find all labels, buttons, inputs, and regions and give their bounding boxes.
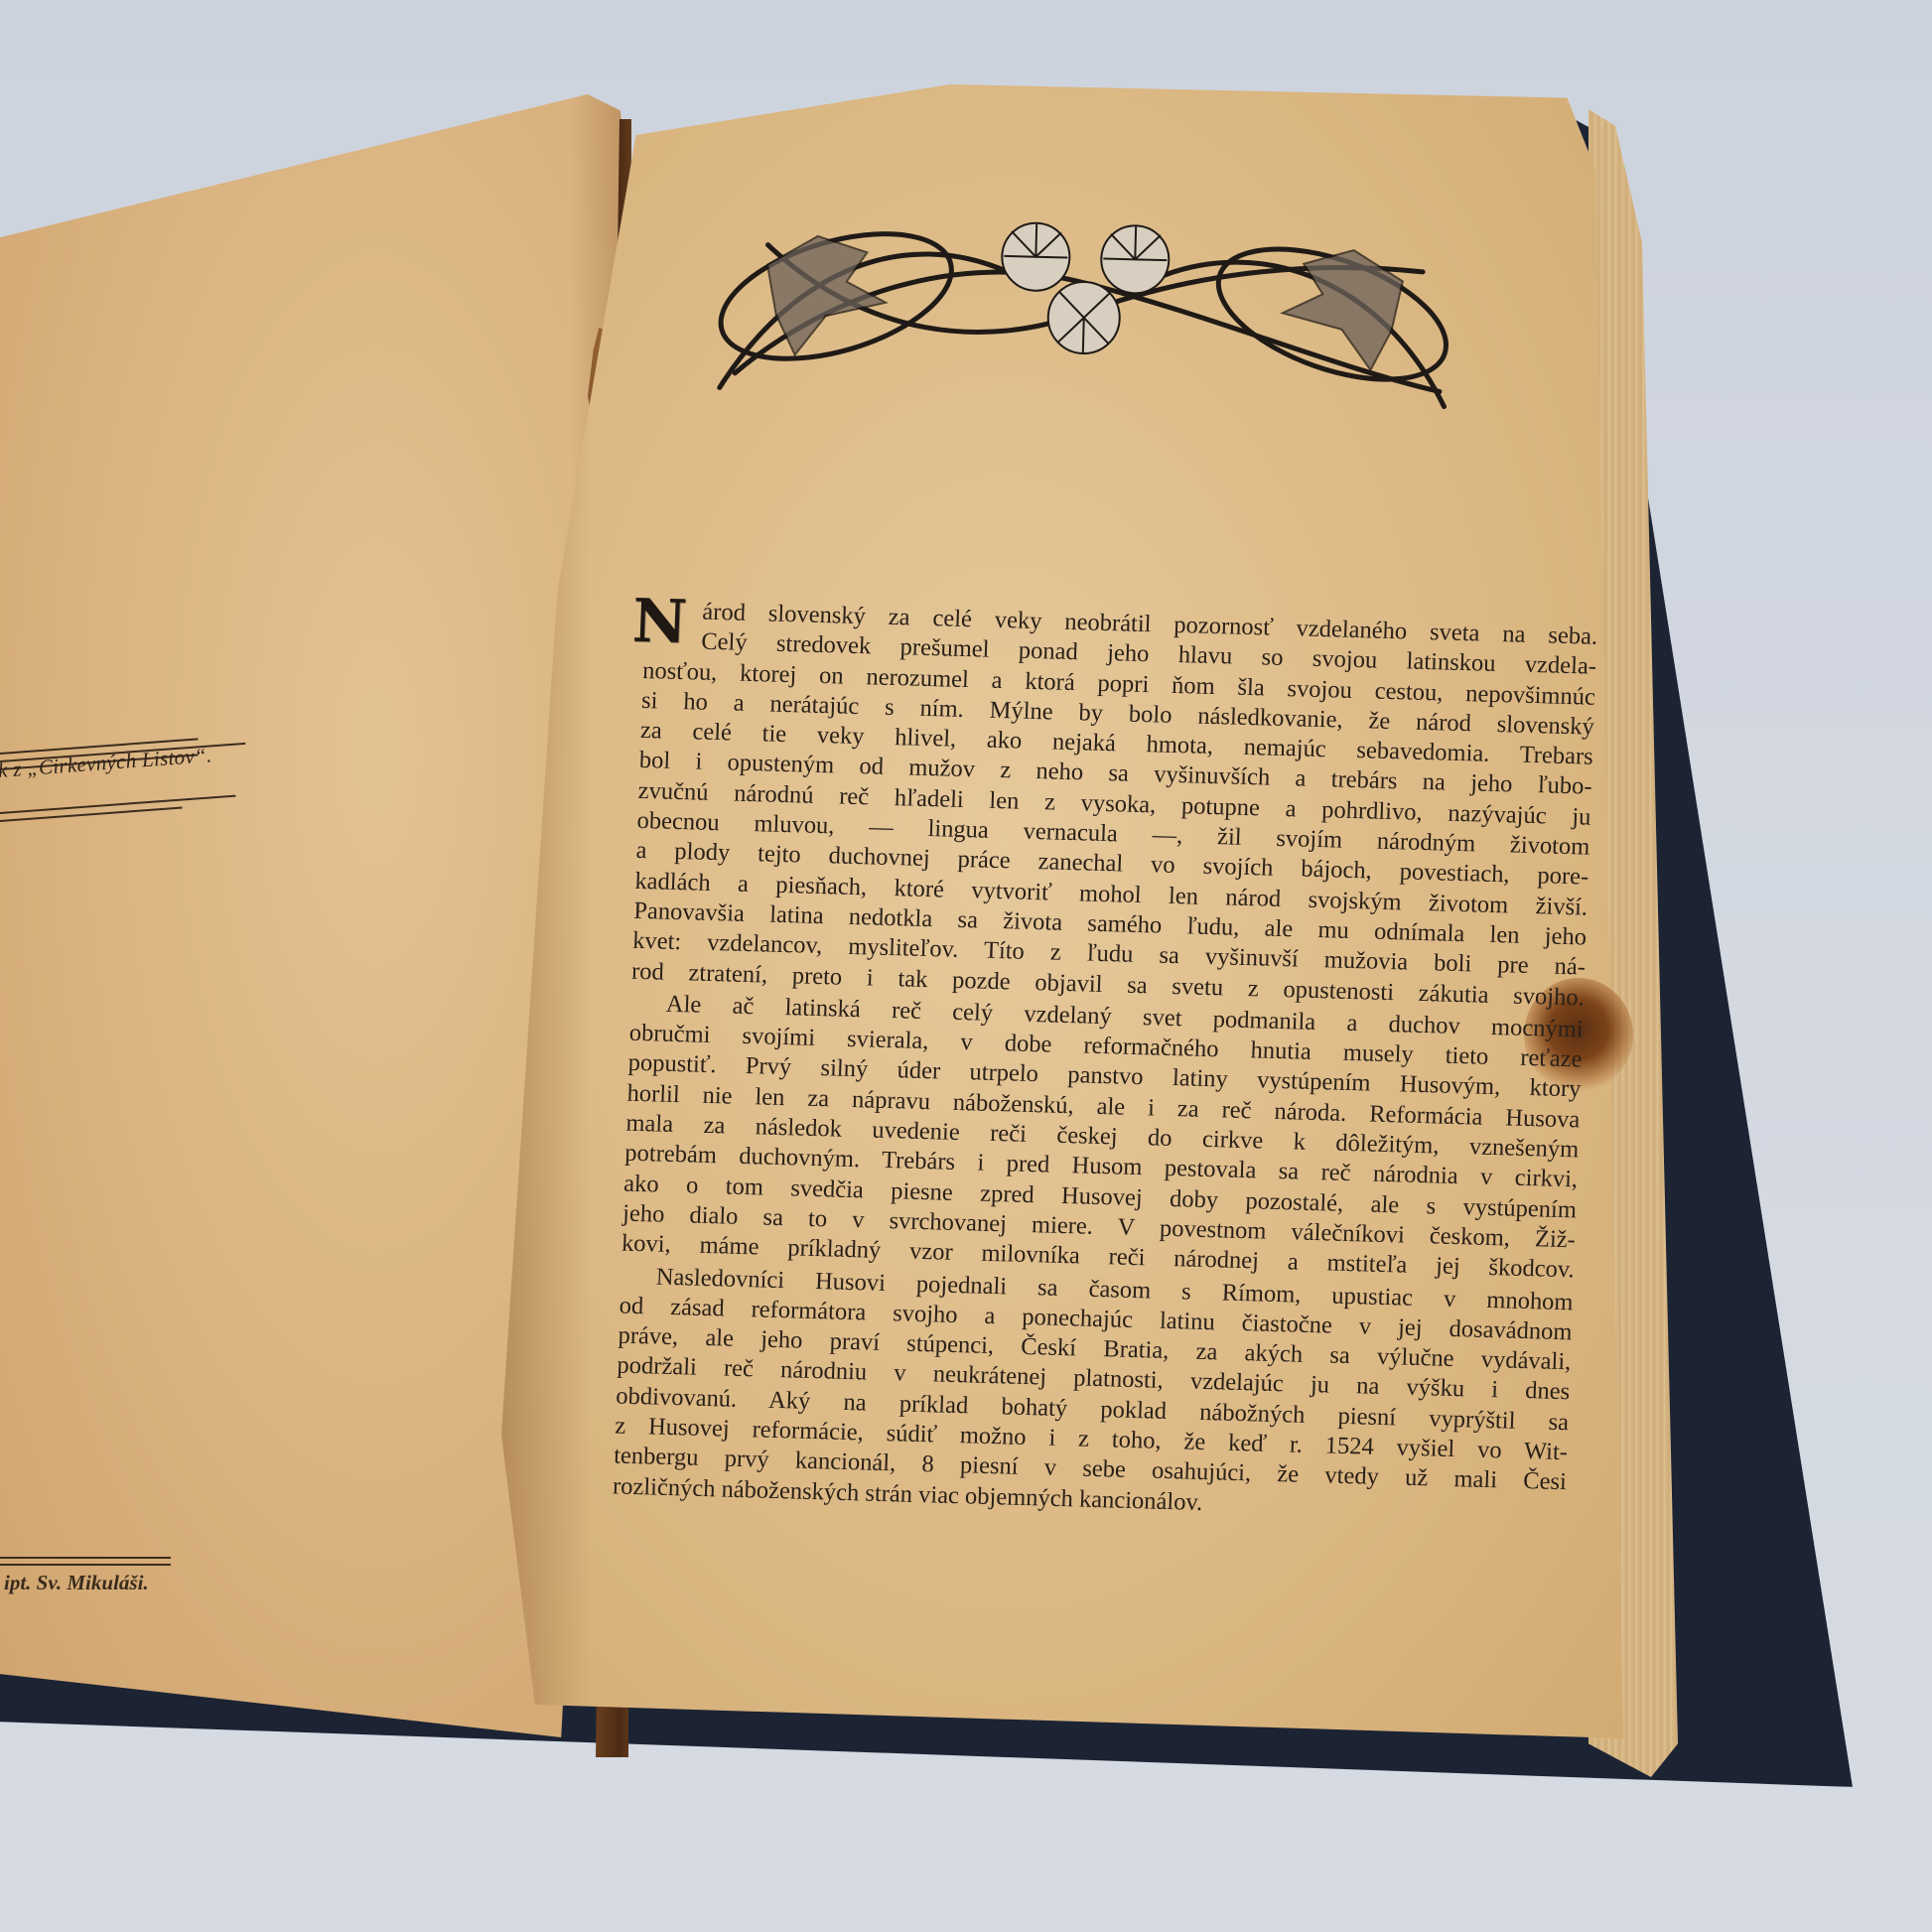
rule-line (0, 1557, 171, 1559)
book-photo: k z „Cirkevných Listov“. ipt. Sv. Mikulá… (0, 0, 1932, 1932)
paragraph-3: Nasledovníci Husovi pojednali sa časom s… (613, 1261, 1575, 1528)
body-text: N árod slovenský za celé veky neobrátil … (613, 596, 1598, 1528)
paragraph-1: árod slovenský za celé veky neobrátil po… (631, 596, 1598, 1013)
drop-cap: N (631, 592, 691, 655)
paragraph-2: Ale ač latinská reč celý vzdelaný svet p… (621, 989, 1585, 1286)
left-page-imprint: ipt. Sv. Mikuláši. (4, 1571, 149, 1595)
floral-ornament-icon (705, 204, 1464, 412)
rule-line (0, 1564, 171, 1566)
